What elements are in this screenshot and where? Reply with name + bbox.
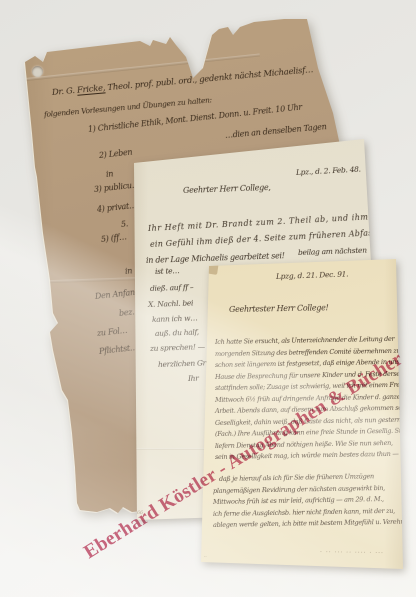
front-body-line: ich ferne die Ausgleichsb. hier nicht fi… <box>213 507 395 518</box>
front-dateline: Lpzg, d. 21. Dec. 91. <box>276 269 349 281</box>
front-salutation: Geehrtester Herr College! <box>229 303 329 314</box>
front-body-line: Mittwochs früh ist es mir leid, aufricht… <box>213 495 384 506</box>
front-body-line: plangemäßigen Revidirung der nächsten au… <box>213 484 385 495</box>
front-body-line: daß je hierauf als ich für Sie die frühe… <box>219 472 374 483</box>
front-letter-wrapper: Lpzg, d. 21. Dec. 91. Geehrtester Herr C… <box>0 0 416 597</box>
front-body-line: (Fach.) Ihre Ausführung kann eine freie … <box>215 427 411 438</box>
front-body-line: ablegen werde gelten, ich bitte mit best… <box>213 517 416 529</box>
photo-stage: Dr. G. Fricke, Theol. prof. publ. ord., … <box>0 0 416 597</box>
front-letter: Lpzg, d. 21. Dec. 91. Geehrtester Herr C… <box>0 0 416 597</box>
front-body-line: Ich hatte Sie ersucht, als Unterzeichnen… <box>215 335 394 346</box>
front-corner-mark: ·· <box>204 554 207 560</box>
front-pencil-note: · ·· ··· ·· ···· · ··· <box>320 549 384 557</box>
mounting-tab <box>204 260 219 275</box>
